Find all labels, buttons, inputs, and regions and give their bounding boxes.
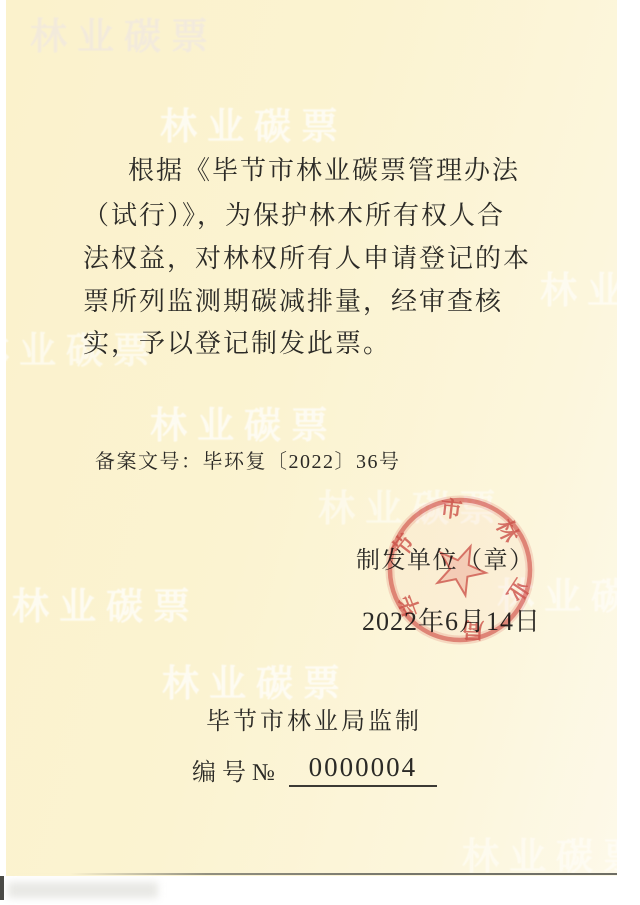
body-text-line: 实，予以登记制发此票。 bbox=[83, 323, 391, 360]
body-text-line: 根据《毕节市林业碳票管理办法 bbox=[128, 150, 520, 187]
watermark-text: 林业碳票 bbox=[160, 96, 348, 150]
scan-edge-line bbox=[70, 873, 617, 875]
watermark-text: 林业碳票 bbox=[12, 576, 200, 630]
watermark-text: 林业碳票 bbox=[150, 395, 338, 449]
serial-number: 0000004 bbox=[289, 752, 437, 787]
body-text-line: 法权益，对林权所有人申请登记的本 bbox=[83, 238, 531, 275]
certificate-paper: 林业碳票 林业碳票 林业碳票 林业碳票 林业碳票 林业碳票 林业碳票 林业碳票 … bbox=[6, 0, 617, 876]
scan-edge-mark bbox=[0, 876, 4, 900]
filing-number-line: 备案文号：毕环复〔2022〕36号 bbox=[95, 445, 401, 474]
scan-smudge bbox=[8, 882, 158, 898]
supervisor-line: 毕节市林业局监制 bbox=[206, 701, 422, 736]
watermark-text: 林业碳票 bbox=[30, 6, 218, 60]
serial-row: 编号№0000004 bbox=[192, 752, 437, 787]
scanned-certificate-page: 林业碳票 林业碳票 林业碳票 林业碳票 林业碳票 林业碳票 林业碳票 林业碳票 … bbox=[0, 0, 640, 905]
body-text-line: 票所列监测期碳减排量，经审查核 bbox=[83, 281, 503, 318]
watermark-text: 林业碳票 bbox=[462, 826, 617, 876]
seal-stamp-icon: 毕节市林业局 bbox=[367, 477, 552, 662]
body-text-line: （试行）》，为保护林木所有权人合 bbox=[83, 195, 505, 232]
official-seal: 毕节市林业局 bbox=[367, 477, 552, 662]
watermark-text: 林业碳票 bbox=[540, 260, 617, 314]
watermark-text: 林业碳票 bbox=[162, 653, 350, 707]
serial-label: 编号№ bbox=[192, 760, 281, 786]
